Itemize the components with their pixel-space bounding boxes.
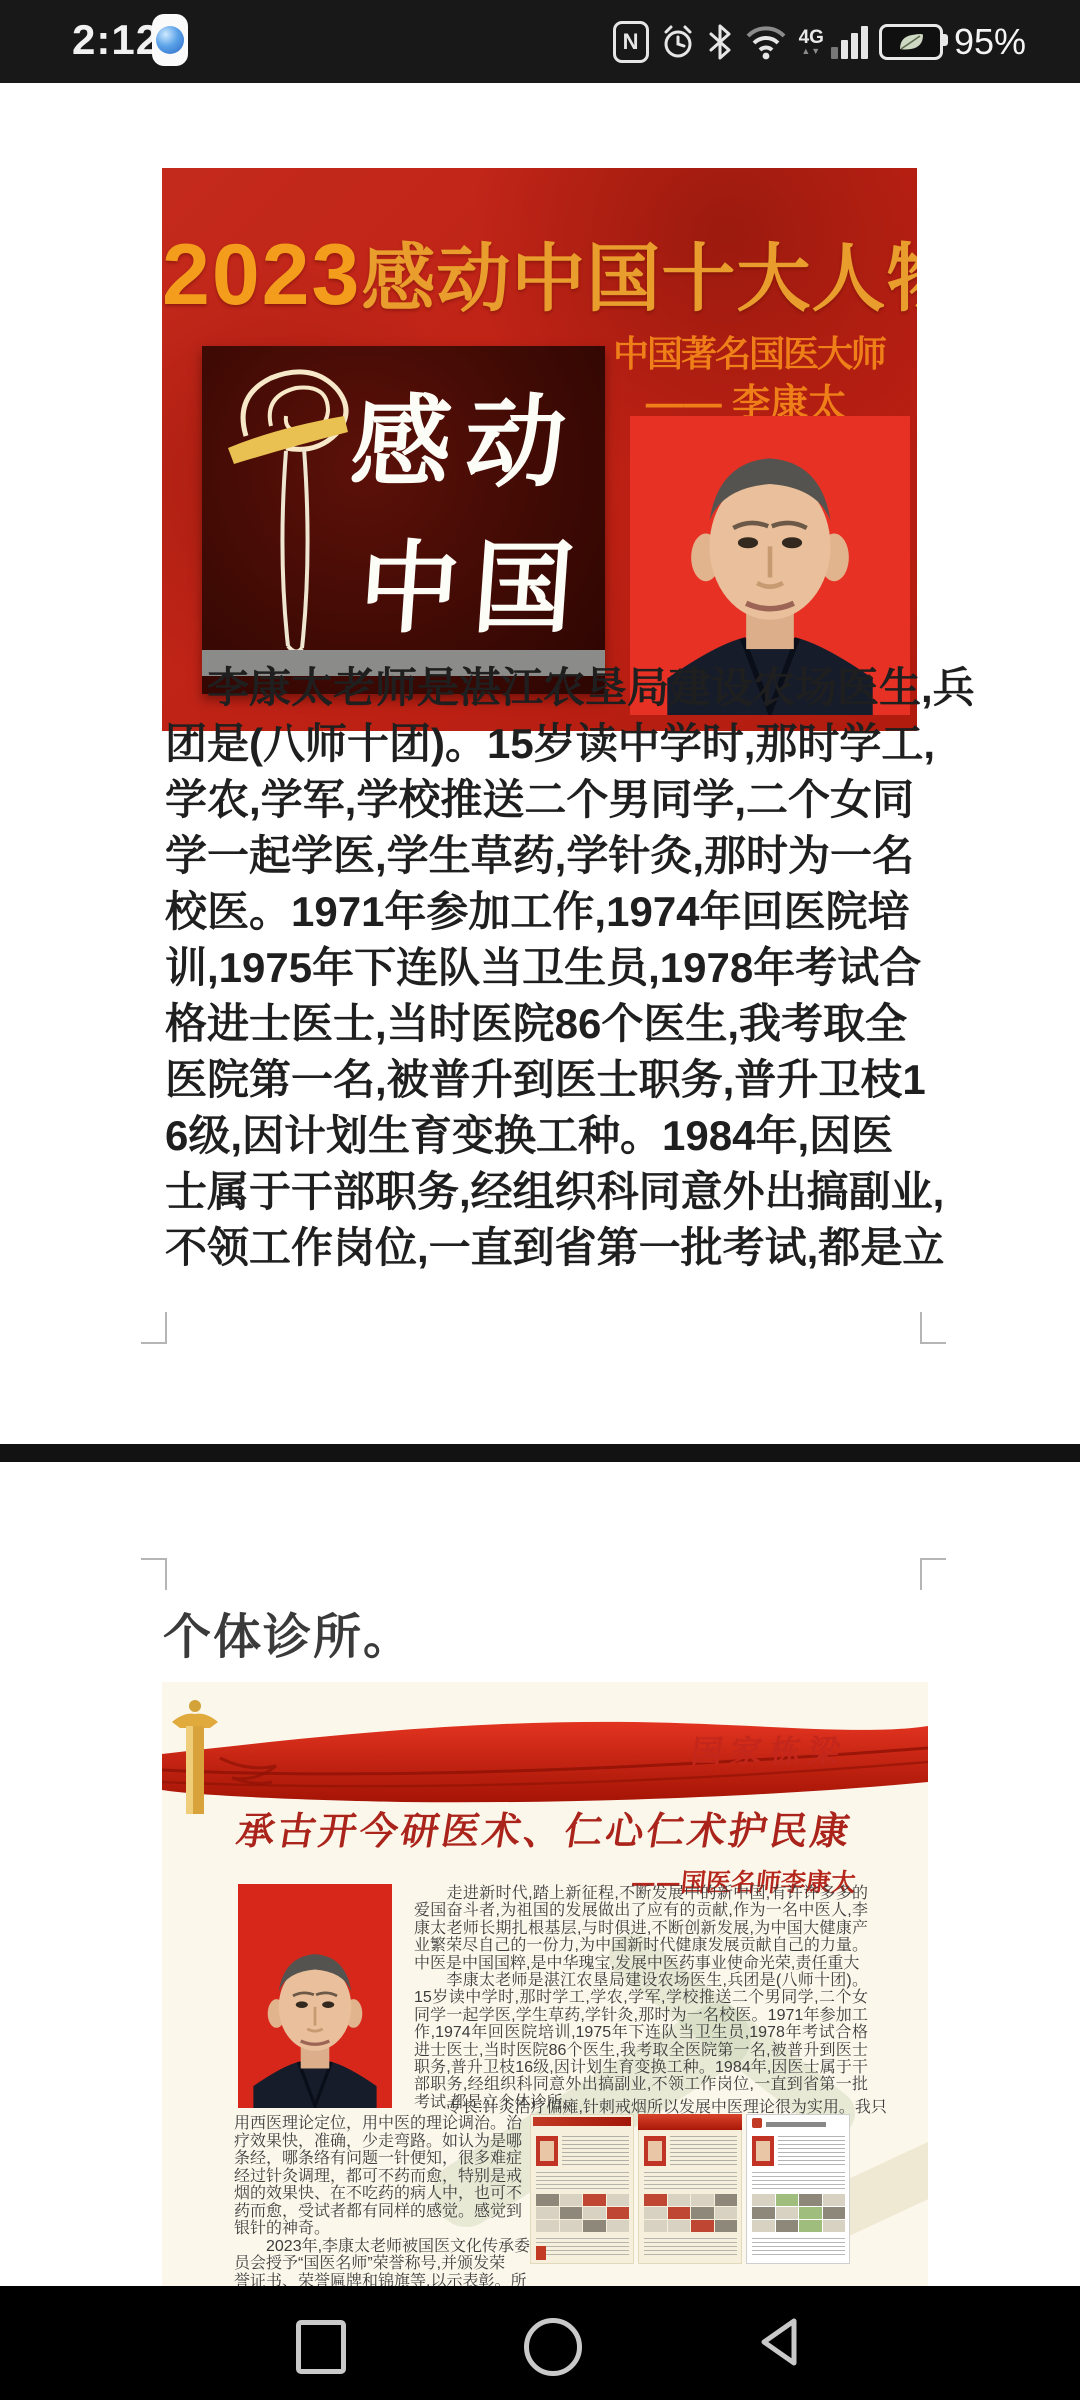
- huabiao-pillar-icon: [170, 1696, 220, 1816]
- 4g-signal-icon: 4G ▲▼: [799, 28, 824, 56]
- page-corner-mark: [141, 1558, 167, 1590]
- thumbnail-photo: [644, 2136, 666, 2166]
- signal-bars-icon: [831, 25, 868, 59]
- document-page-2[interactable]: 个体诊所。 国家栋梁: [0, 1462, 1080, 2286]
- wifi-icon: [744, 24, 788, 60]
- article-text-line: 李康太老师是湛江农垦局建设农场医生,兵: [165, 660, 975, 716]
- certificate-page-thumbnail: [746, 2114, 850, 2264]
- article-text-line: 医院第一名,被普升到医士职务,普升卫枝1: [165, 1052, 975, 1108]
- thumbnail-text-lines: [670, 2136, 737, 2168]
- browser-app-icon: [152, 14, 188, 66]
- status-icons: N 4G ▲▼: [613, 0, 1026, 83]
- thumbnail-image-grid: [752, 2194, 845, 2234]
- portrait-photo-small: [238, 1884, 392, 2108]
- poster-column-line: 药而愈，受试者都有同样的感觉。感觉到: [234, 2203, 544, 2221]
- thumbnail-text-lines: [644, 2238, 737, 2258]
- banner-year: 2023: [162, 227, 361, 323]
- thumbnail-header-bar: [533, 2117, 631, 2126]
- article-text-line: 不领工作岗位,一直到省第一批考试,都是立: [165, 1220, 975, 1276]
- article-text-line: 校医。1971年参加工作,1974年回医院培: [165, 884, 975, 940]
- certificate-page-thumbnail: [638, 2114, 742, 2264]
- battery-saver-icon: [879, 24, 943, 60]
- article-text-line: 训,1975年下连队当卫生员,1978年考试合: [165, 940, 975, 996]
- phone-screen: 2:12 N 4G ▲▼: [0, 0, 1080, 2400]
- page-corner-mark: [920, 1312, 946, 1344]
- poster-column-line: 誉证书、荣誉匾牌和锦旗等,以示表彰。所: [234, 2273, 544, 2287]
- thumbnail-header-banner: [638, 2114, 742, 2130]
- logo-text-bottom: 中国: [355, 508, 593, 652]
- clock-time: 2:12: [72, 16, 160, 64]
- article-text-line: 格进士医士,当时医院86个医生,我考取全: [165, 996, 975, 1052]
- red-seal-mark: [536, 2246, 546, 2260]
- article-text-line: 学一起学医,学生草药,学针灸,那时为一名: [165, 828, 975, 884]
- page-gap-divider: [0, 1444, 1080, 1462]
- poster-column-line: 条经，哪条络有问题一针便知，很多难症: [234, 2150, 544, 2168]
- poster-column-line: 经过针灸调理，都可不药而愈，特别是戒: [234, 2168, 544, 2186]
- banner-title-text: 感动中国十大人物: [361, 236, 917, 322]
- thumbnail-text-lines: [752, 2238, 845, 2258]
- thumbnail-text-lines: [562, 2136, 629, 2168]
- article-text-line: 团是(八师十团)。15岁读中学时,那时学工,: [165, 716, 975, 772]
- home-circle-icon[interactable]: [524, 2318, 582, 2376]
- thumbnail-text-lines: [778, 2136, 845, 2168]
- article-text-line: 士属于干部职务,经组织科同意外出搞副业,: [165, 1164, 975, 1220]
- poster-motto-calligraphy: 承古开今研医术、仁心仁术护民康: [162, 1800, 928, 1855]
- award-banner-image: 2023感动中国十大人物 感动 中国 中国著名国医大师 —— 李康太: [162, 168, 917, 731]
- banner-subtitle: 中国著名国医大师: [613, 326, 879, 377]
- thumbnail-photo: [536, 2136, 558, 2166]
- globe-icon: [156, 26, 184, 54]
- article-text-block: 李康太老师是湛江农垦局建设农场医生,兵团是(八师十团)。15岁读中学时,那时学工…: [165, 660, 975, 1276]
- thumbnail-photo: [752, 2136, 774, 2166]
- certificate-page-thumbnail: [530, 2114, 634, 2264]
- battery-percent: 95%: [954, 21, 1026, 63]
- article-text-line: 学农,学军,学校推送二个男同学,二个女同: [165, 772, 975, 828]
- portrait-face-illustration: [238, 1902, 392, 2108]
- android-navigation-bar: [0, 2286, 1080, 2400]
- poster-paragraph: 李康太老师是湛江农垦局建设农场医生,兵团是(八师十团)。15岁读中学时,那时学工…: [414, 1972, 868, 2111]
- back-triangle-icon[interactable]: [756, 2316, 804, 2368]
- heart-ribbon-icon: [216, 356, 366, 666]
- poster-column-line: 用西医理论定位，用中医的理论调治。治: [234, 2115, 544, 2133]
- poster-body-text: 走进新时代,踏上新征程,不断发展中的新中国,有许许多多的爱国奋斗者,为祖国的发展…: [414, 1885, 868, 2111]
- recents-square-icon[interactable]: [296, 2320, 346, 2374]
- poster-paragraph: 走进新时代,踏上新征程,不断发展中的新中国,有许许多多的爱国奋斗者,为祖国的发展…: [414, 1885, 868, 1972]
- banner-title: 2023感动中国十大人物: [162, 220, 917, 326]
- thumbnail-text-lines: [536, 2172, 629, 2190]
- poster-column-line: 员会授予“国医名师”荣誉称号,并颁发荣: [234, 2255, 544, 2273]
- alarm-icon: [660, 23, 696, 61]
- nfc-icon: N: [613, 21, 649, 63]
- thumbnail-title-line: [766, 2122, 826, 2127]
- document-page-1[interactable]: 2023感动中国十大人物 感动 中国 中国著名国医大师 —— 李康太: [0, 83, 1080, 1444]
- page-corner-mark: [141, 1312, 167, 1344]
- tribute-poster-image: 国家栋梁 承古开今研医术、仁心仁术护民康 ——国医名师李康太: [162, 1682, 928, 2286]
- thumbnail-text-lines: [644, 2172, 737, 2190]
- updown-arrows-icon: ▲▼: [801, 47, 821, 56]
- leaf-icon: [896, 31, 926, 53]
- poster-column-line: 2023年,李康太老师被国医文化传承委: [234, 2238, 544, 2256]
- thumbnail-text-lines: [752, 2172, 845, 2190]
- status-bar: 2:12 N 4G ▲▼: [0, 0, 1080, 83]
- poster-left-column: 用西医理论定位，用中医的理论调治。治疗效果快，准确，少走弯路。如认为是哪条经，哪…: [234, 2115, 544, 2286]
- poster-column-line: 疗效果快，准确，少走弯路。如认为是哪: [234, 2133, 544, 2151]
- thumbnail-text-lines: [536, 2238, 629, 2258]
- poster-column-line: 银针的神奇。: [234, 2220, 544, 2238]
- gandong-china-logo: 感动 中国: [202, 346, 605, 694]
- bluetooth-icon: [707, 23, 733, 61]
- poster-column-line: 烟的效果快、在不吃药的病人中，也可不: [234, 2185, 544, 2203]
- logo-text-top: 感动: [347, 362, 585, 506]
- certificate-thumbnails: [530, 2114, 850, 2264]
- page-corner-mark: [920, 1558, 946, 1590]
- thumbnail-image-grid: [536, 2194, 629, 2234]
- thumbnail-logo: [752, 2118, 762, 2128]
- thumbnail-image-grid: [644, 2194, 737, 2234]
- article-text-line: 6级,因计划生育变换工种。1984年,因医: [165, 1108, 975, 1164]
- continuation-text: 个体诊所。: [163, 1598, 413, 1667]
- poster-corner-label: 国家栋梁: [689, 1726, 851, 1771]
